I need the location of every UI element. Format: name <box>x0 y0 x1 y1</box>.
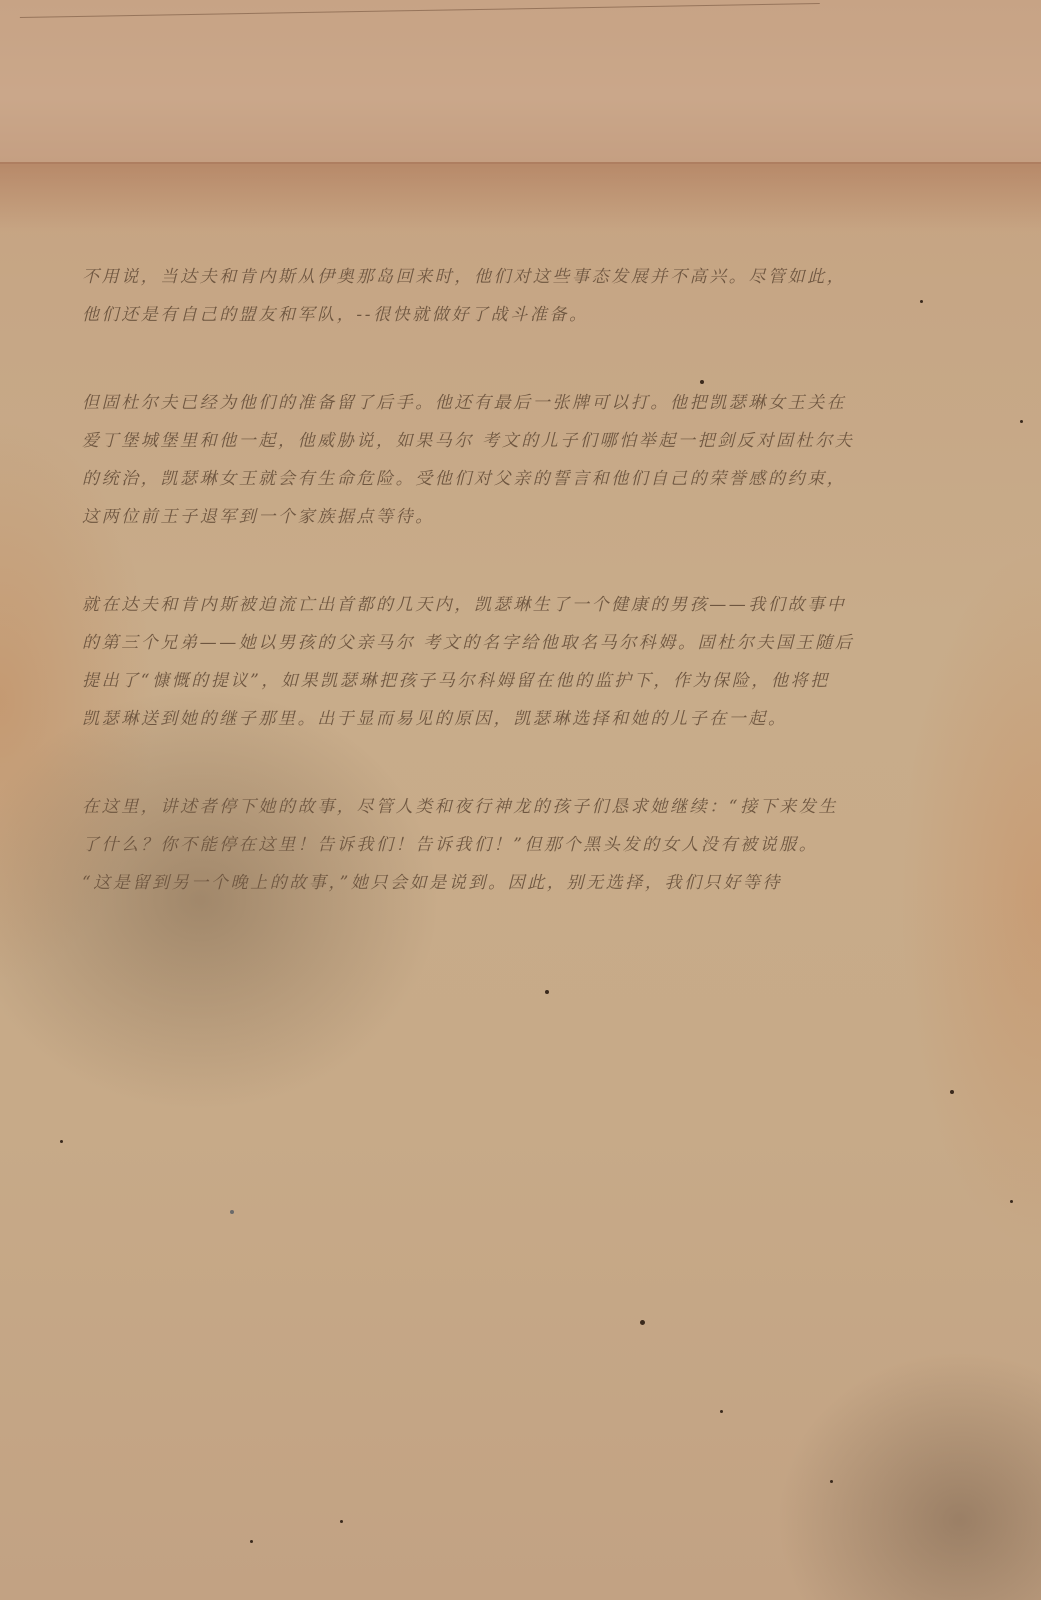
text-line: 提出了“慷慨的提议”，如果凯瑟琳把孩子马尔科姆留在他的监护下，作为保险，他将把 <box>82 662 922 700</box>
ink-speck <box>700 380 704 384</box>
story-text: 不用说，当达夫和肯内斯从伊奥那岛回来时，他们对这些事态发展并不高兴。尽管如此， … <box>82 258 922 952</box>
torn-edge-shadow <box>0 162 1041 232</box>
torn-top-strip <box>0 0 1041 164</box>
ink-speck <box>1020 420 1023 423</box>
paragraph-4: 在这里，讲述者停下她的故事，尽管人类和夜行神龙的孩子们恳求她继续：“接下来发生 … <box>82 788 922 902</box>
text-line: 就在达夫和肯内斯被迫流亡出首都的几天内，凯瑟琳生了一个健康的男孩——我们故事中 <box>82 586 922 624</box>
aged-paper-page: 不用说，当达夫和肯内斯从伊奥那岛回来时，他们对这些事态发展并不高兴。尽管如此， … <box>0 0 1041 1600</box>
text-line: 爱丁堡城堡里和他一起，他威胁说，如果马尔 考文的儿子们哪怕举起一把剑反对固杜尔夫 <box>82 422 922 460</box>
text-line: 凯瑟琳送到她的继子那里。出于显而易见的原因，凯瑟琳选择和她的儿子在一起。 <box>82 700 922 738</box>
ink-speck <box>230 1210 234 1214</box>
ink-speck <box>640 1320 645 1325</box>
text-line: “这是留到另一个晚上的故事，”她只会如是说到。因此，别无选择，我们只好等待 <box>82 864 922 902</box>
text-line: 但固杜尔夫已经为他们的准备留了后手。他还有最后一张牌可以打。他把凯瑟琳女王关在 <box>82 384 922 422</box>
ink-speck <box>1010 1200 1013 1203</box>
text-line: 他们还是有自己的盟友和军队，--很快就做好了战斗准备。 <box>82 296 922 334</box>
ink-speck <box>720 1410 723 1413</box>
paragraph-2: 但固杜尔夫已经为他们的准备留了后手。他还有最后一张牌可以打。他把凯瑟琳女王关在 … <box>82 384 922 536</box>
paper-crack <box>20 3 820 38</box>
text-line: 不用说，当达夫和肯内斯从伊奥那岛回来时，他们对这些事态发展并不高兴。尽管如此， <box>82 258 922 296</box>
ink-speck <box>920 300 923 303</box>
text-line: 的统治，凯瑟琳女王就会有生命危险。受他们对父亲的誓言和他们自己的荣誉感的约束， <box>82 460 922 498</box>
ink-speck <box>830 1480 833 1483</box>
ink-speck <box>950 1090 954 1094</box>
ink-speck <box>60 1140 63 1143</box>
ink-speck <box>250 1540 253 1543</box>
paragraph-3: 就在达夫和肯内斯被迫流亡出首都的几天内，凯瑟琳生了一个健康的男孩——我们故事中 … <box>82 586 922 738</box>
ink-speck <box>340 1520 343 1523</box>
text-line: 这两位前王子退军到一个家族据点等待。 <box>82 498 922 536</box>
text-line: 的第三个兄弟——她以男孩的父亲马尔 考文的名字给他取名马尔科姆。固杜尔夫国王随后 <box>82 624 922 662</box>
text-line: 在这里，讲述者停下她的故事，尽管人类和夜行神龙的孩子们恳求她继续：“接下来发生 <box>82 788 922 826</box>
paragraph-1: 不用说，当达夫和肯内斯从伊奥那岛回来时，他们对这些事态发展并不高兴。尽管如此， … <box>82 258 922 334</box>
ink-speck <box>545 990 549 994</box>
text-line: 了什么？你不能停在这里！告诉我们！告诉我们！”但那个黑头发的女人没有被说服。 <box>82 826 922 864</box>
